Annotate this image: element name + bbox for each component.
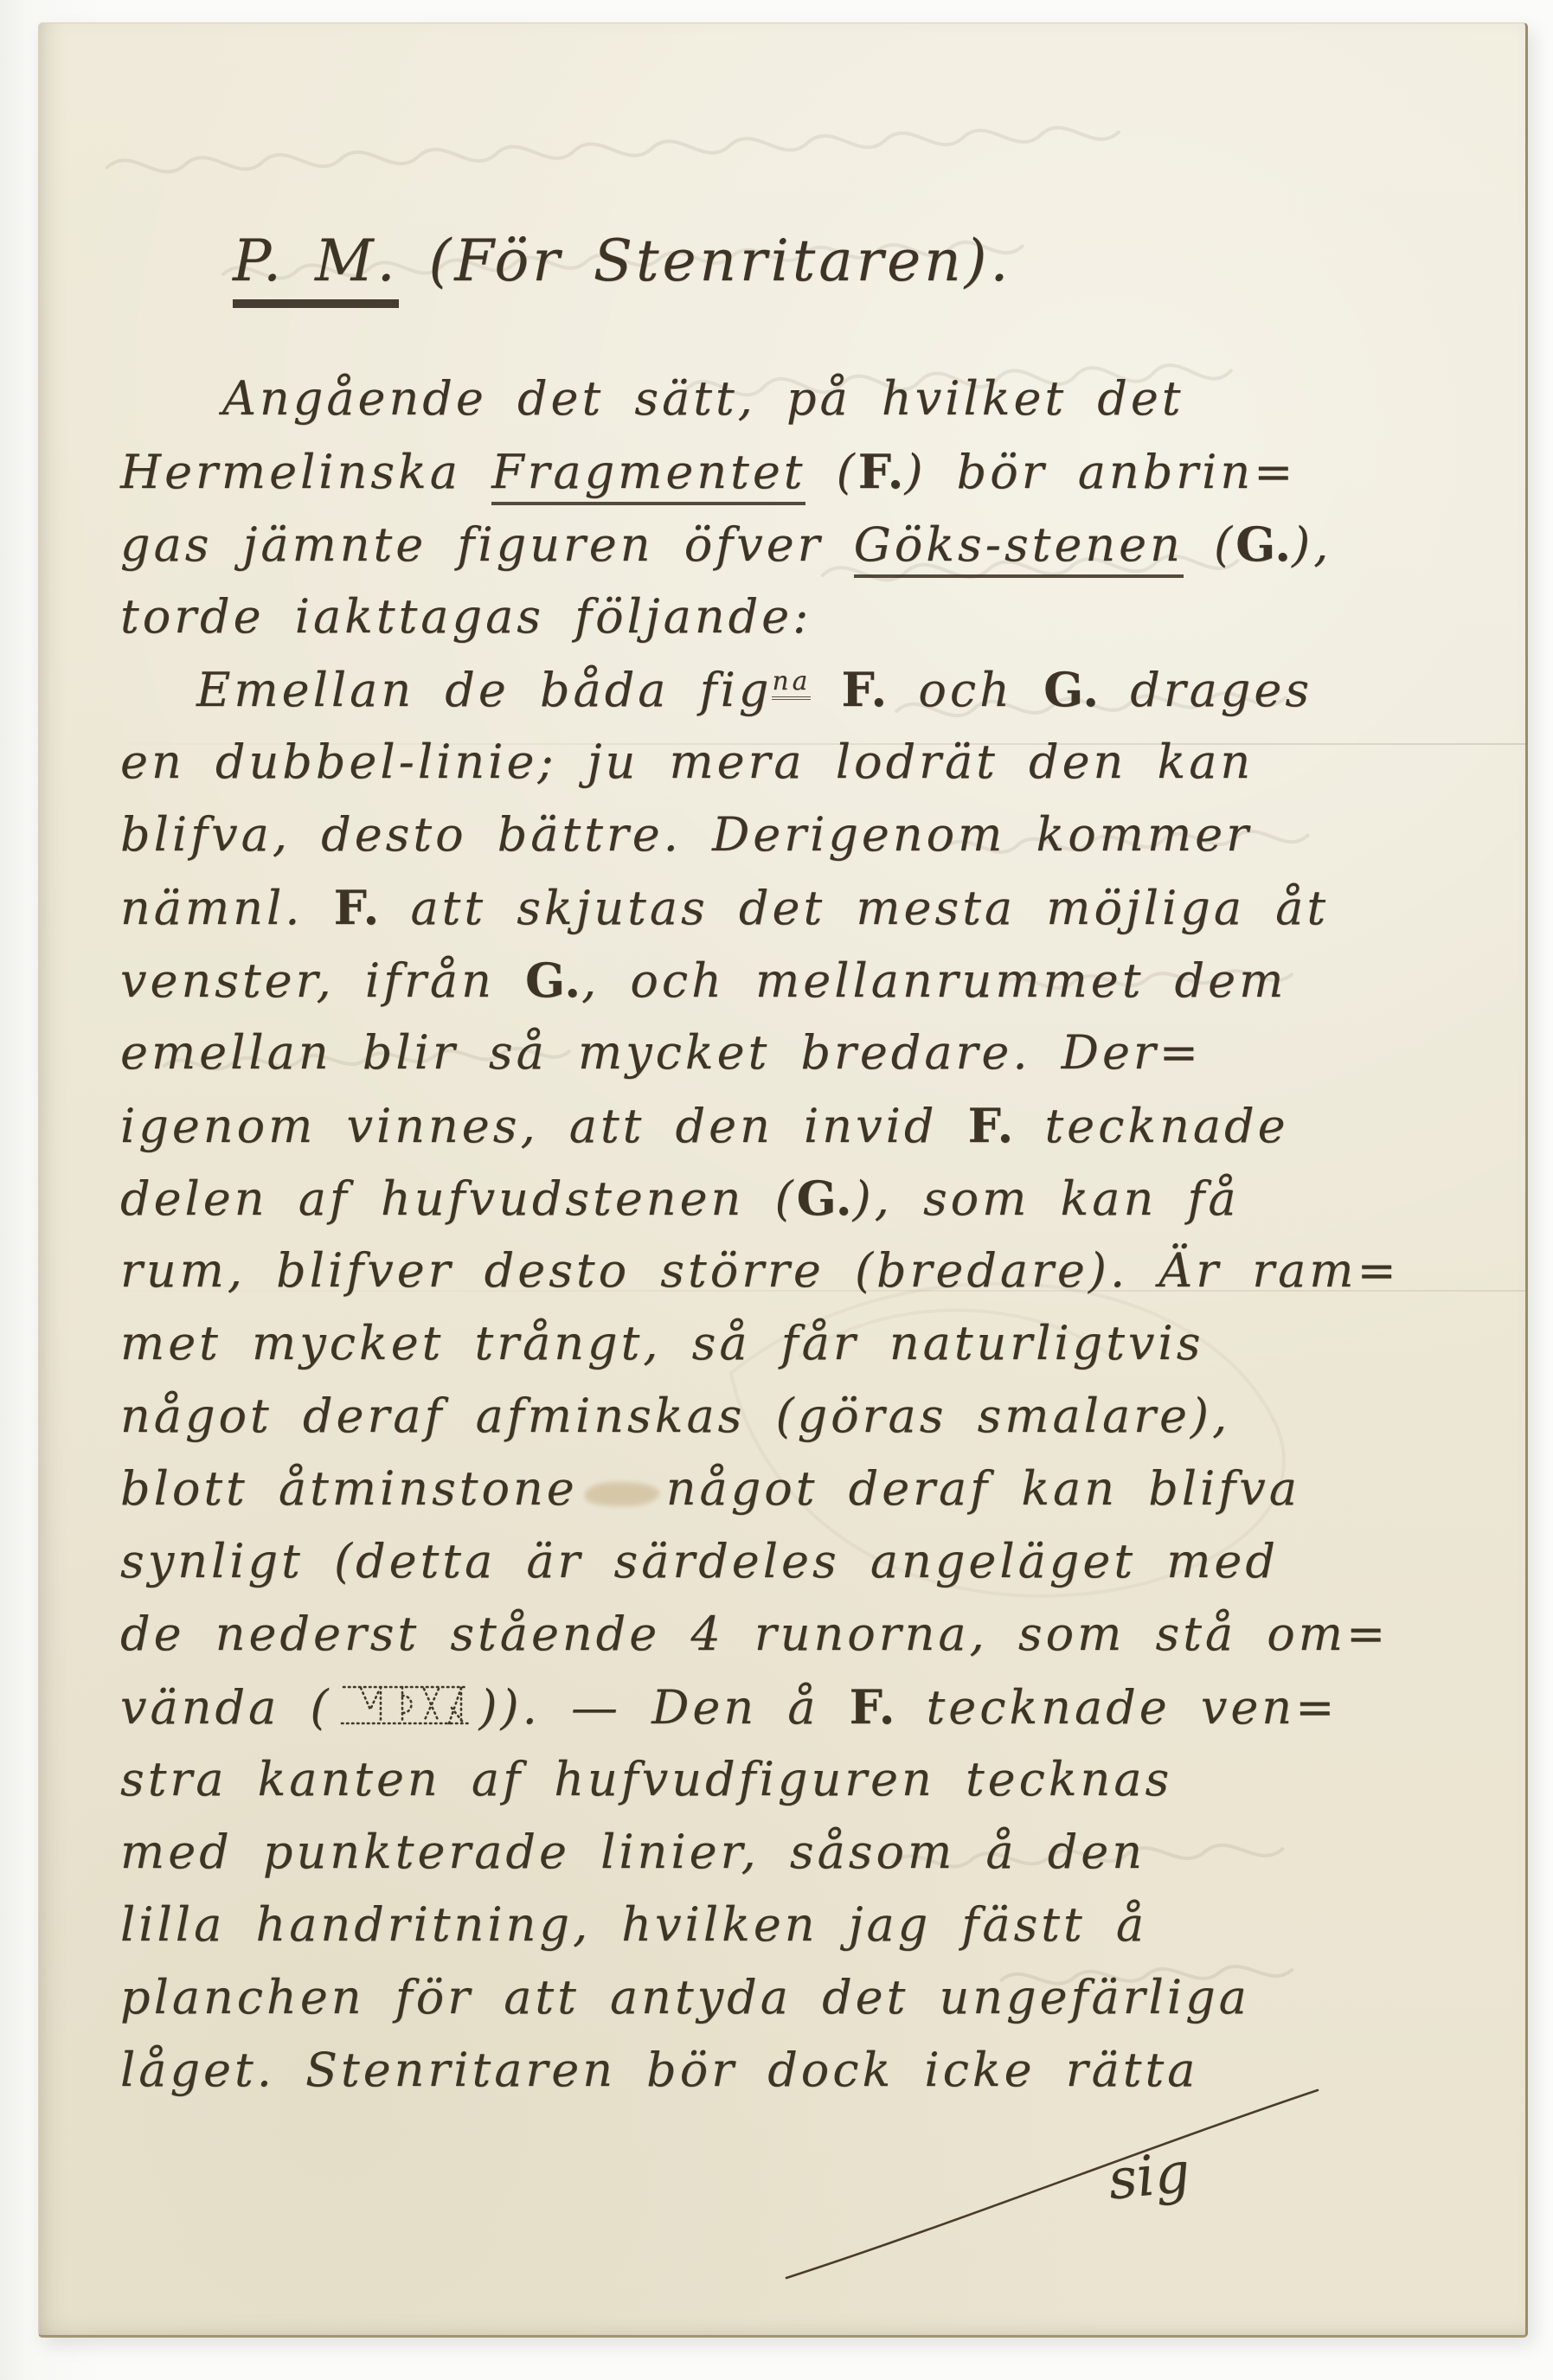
manuscript-line: Hermelinska Fragmentet (F.) bör anbrin= (120, 435, 1400, 508)
text-segment: ( (1184, 517, 1235, 572)
text-segment: , och mellanrummet dem (581, 953, 1287, 1008)
text-segment: G. (525, 953, 581, 1008)
text-segment: Emellan de båda fig (196, 663, 772, 717)
manuscript-line: nämnl. F. att skjutas det mesta möjliga … (120, 871, 1400, 944)
manuscript-line: lilla handritning, hvilken jag fästt å (120, 1889, 1400, 1961)
manuscript-line: något deraf afminskas (göras smalare), (120, 1380, 1400, 1453)
manuscript-line: met mycket trångt, så får naturligtvis (120, 1307, 1400, 1380)
text-segment: ), (1292, 517, 1332, 572)
manuscript-line: låget. Stenritaren bör dock icke rätta (120, 2034, 1400, 2107)
text-segment: F. (850, 1679, 896, 1735)
manuscript-line: rum, blifver desto större (bredare). Är … (120, 1235, 1400, 1307)
text-segment (585, 1482, 659, 1506)
text-segment: tecknade ven= (895, 1680, 1338, 1735)
manuscript-line: synligt (detta är särdeles angeläget med (120, 1525, 1400, 1598)
text-segment: Fragmentet (491, 445, 805, 505)
text-segment: drages (1100, 663, 1312, 717)
page-title: P. M. (För Stenritaren). (233, 228, 1011, 294)
text-segment: G. (797, 1171, 853, 1226)
manuscript-line: Emellan de båda figna F. och G. drages (120, 653, 1400, 726)
manuscript-line: blifva, desto bättre. Derigenom kommer (120, 799, 1400, 871)
manuscript-line: stra kanten af hufvudfiguren tecknas (120, 1743, 1400, 1816)
text-segment: G. (1043, 662, 1100, 717)
text-segment: de nederst stående 4 runorna, som stå om… (120, 1607, 1389, 1661)
text-segment: tecknade (1014, 1099, 1288, 1153)
manuscript-photo: P. M. (För Stenritaren). Angående det sä… (0, 0, 1553, 2380)
text-segment: blifva, desto bättre. Derigenom kommer (120, 807, 1252, 862)
paper-sheet: P. M. (För Stenritaren). Angående det sä… (38, 22, 1528, 2338)
manuscript-line: med punkterade linier, såsom å den (120, 1816, 1400, 1889)
text-segment: blott åtminstone (120, 1461, 578, 1516)
text-segment: Göks-stenen (854, 517, 1184, 578)
text-segment: stra kanten af hufvudfiguren tecknas (120, 1752, 1172, 1806)
text-segment: Hermelinska (120, 445, 491, 499)
text-segment: met mycket trångt, så får naturligtvis (120, 1316, 1203, 1370)
text-segment: synligt (detta är särdeles angeläget med (120, 1534, 1279, 1588)
text-segment: rum, blifver desto större (bredare). Är … (120, 1243, 1400, 1298)
text-segment: med punkterade linier, såsom å den (120, 1825, 1145, 1879)
manuscript-line: gas jämnte figuren öfver Göks-stenen (G.… (120, 508, 1400, 581)
text-segment: låget. Stenritaren bör dock icke rätta (120, 2043, 1198, 2097)
text-segment: planchen för att antyda det ungefärliga (120, 1970, 1250, 2024)
text-segment: ( (805, 445, 857, 499)
text-segment: lilla handritning, hvilken jag fästt å (120, 1897, 1147, 1952)
manuscript-body: Angående det sätt, på hvilket detHermeli… (120, 362, 1400, 2107)
text-segment: nämnl. (120, 881, 334, 935)
text-segment: något deraf afminskas (göras smalare), (120, 1389, 1230, 1443)
rune-sketch-icon (340, 1678, 470, 1732)
text-segment: vända ( (120, 1680, 331, 1735)
manuscript-line: Angående det sätt, på hvilket det (120, 362, 1400, 435)
text-segment: en dubbel-linie; ju mera lodrät den kan (120, 735, 1254, 789)
manuscript-line: planchen för att antyda det ungefärliga (120, 1961, 1400, 2034)
text-segment: att skjutas det mesta möjliga åt (380, 881, 1329, 935)
text-segment: F. (968, 1098, 1015, 1153)
text-segment: Angående det sätt, på hvilket det (222, 371, 1184, 426)
manuscript-line: vända ( )). — Den å F. tecknade ven= (120, 1671, 1400, 1743)
text-segment: ) bör anbrin= (904, 445, 1296, 499)
manuscript-line: emellan blir så mycket bredare. Der= (120, 1017, 1400, 1089)
text-segment: )). — Den å (478, 1680, 849, 1735)
manuscript-line: delen af hufvudstenen (G.), som kan få (120, 1162, 1400, 1235)
manuscript-line: torde iakttagas följande: (120, 581, 1400, 653)
text-segment: gas jämnte figuren öfver (120, 517, 854, 572)
text-segment: G. (1235, 516, 1292, 572)
manuscript-line: de nederst stående 4 runorna, som stå om… (120, 1598, 1400, 1671)
text-segment: F. (858, 444, 905, 499)
text-segment: något deraf kan blifva (666, 1461, 1300, 1516)
manuscript-line: venster, ifrån G., och mellanrummet dem (120, 944, 1400, 1017)
text-segment: emellan blir så mycket bredare. Der= (120, 1025, 1202, 1080)
manuscript-line: en dubbel-linie; ju mera lodrät den kan (120, 726, 1400, 799)
manuscript-line: blott åtminstonenågot deraf kan blifva (120, 1453, 1400, 1525)
text-segment: delen af hufvudstenen ( (120, 1171, 797, 1226)
text-segment: venster, ifrån (120, 953, 525, 1008)
text-segment: och (888, 663, 1043, 717)
text-segment: F. (841, 662, 888, 717)
text-segment: F. (334, 880, 381, 935)
text-segment: na (772, 666, 811, 700)
text-segment: ), som kan få (853, 1171, 1240, 1226)
catchword: sig (1105, 2140, 1192, 2212)
text-segment (811, 663, 841, 717)
text-segment: P. M. (233, 228, 399, 308)
text-segment: igenom vinnes, att den invid (120, 1099, 968, 1153)
text-segment: torde iakttagas följande: (120, 589, 812, 644)
manuscript-line: igenom vinnes, att den invid F. tecknade (120, 1089, 1400, 1162)
text-segment: (För Stenritaren). (399, 228, 1012, 294)
